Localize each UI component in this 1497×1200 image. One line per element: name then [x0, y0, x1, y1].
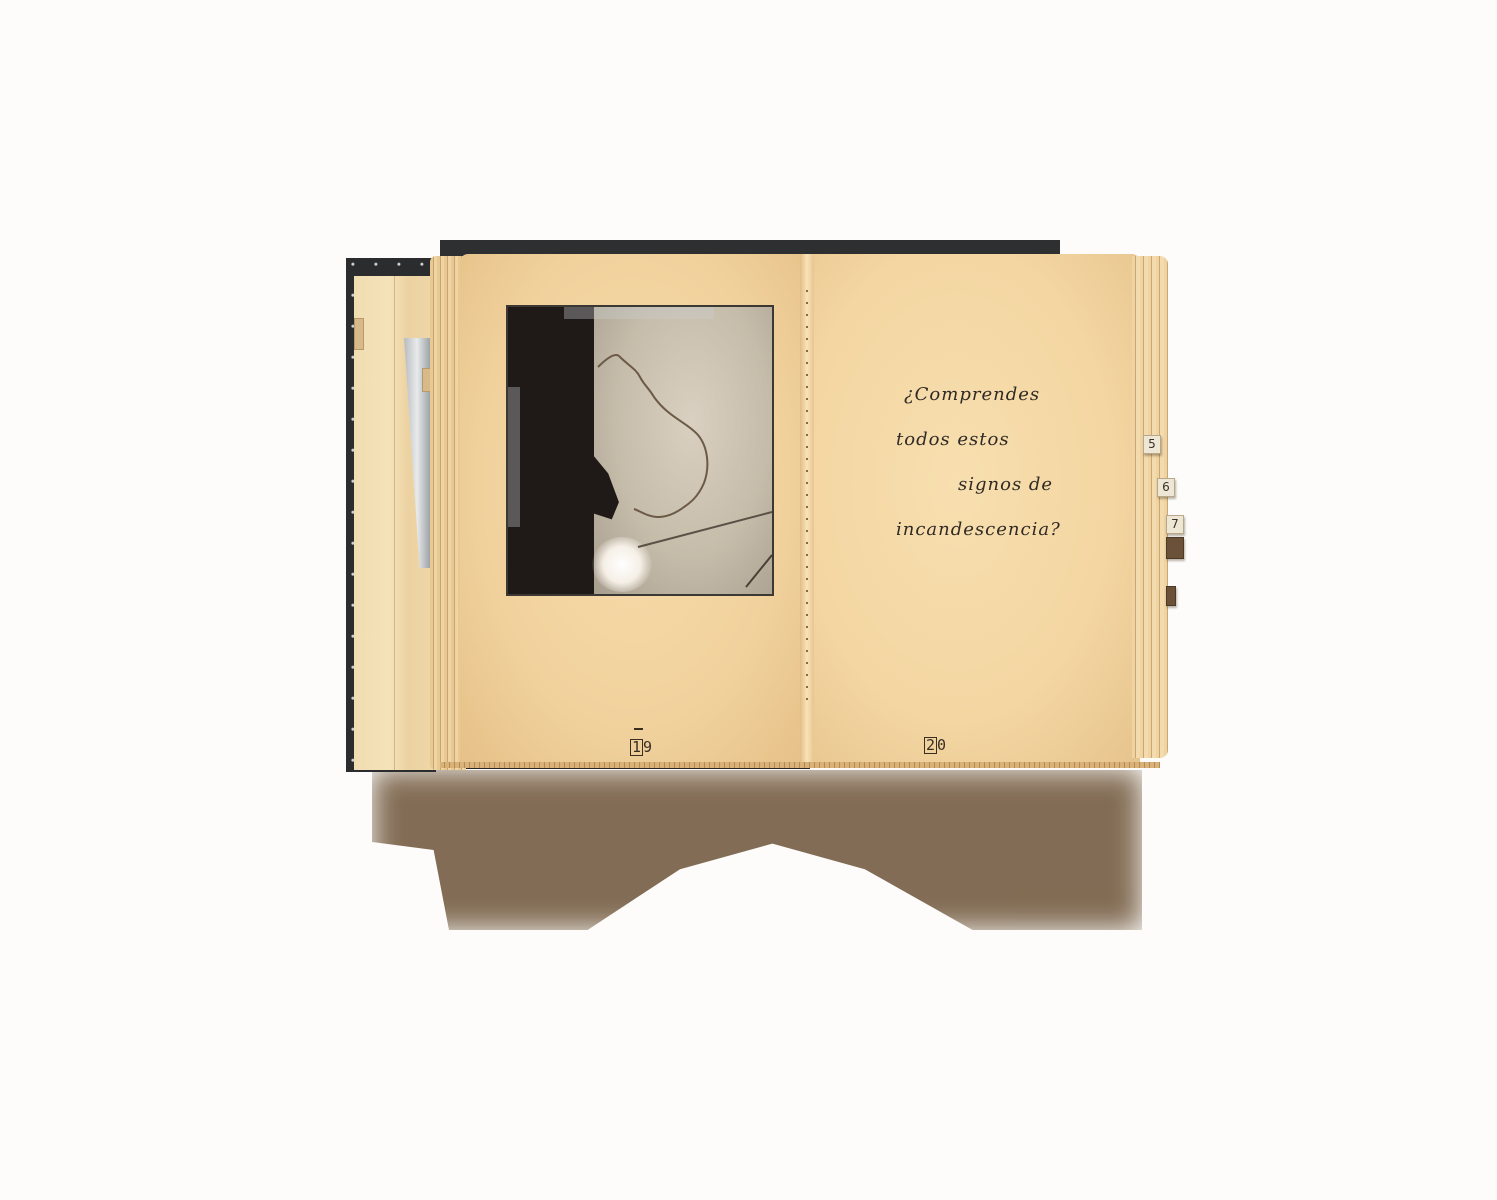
- page-number-boxed-digit: 2: [924, 737, 937, 754]
- page-number-boxed-digit: 1: [630, 739, 643, 756]
- page-bottom-edges: [440, 762, 1160, 768]
- index-tab-6: 6: [1157, 478, 1175, 497]
- left-tab: [354, 318, 364, 350]
- page-fold-line: [394, 276, 395, 770]
- handwriting-line: ¿Comprendes: [896, 372, 1086, 417]
- index-tab-7: 7: [1166, 515, 1184, 534]
- index-tab-dark: [1166, 537, 1184, 559]
- book-shadow: [372, 770, 1142, 930]
- stamp-mark: [634, 728, 643, 730]
- handwriting-line: incandescencia?: [896, 507, 1086, 552]
- handwritten-question: ¿Comprendes todos estos signos de incand…: [896, 372, 1086, 552]
- photo-scene: ¿Comprendes todos estos signos de incand…: [0, 0, 1497, 1200]
- index-tab-small: [1166, 586, 1176, 606]
- binding-stitches: [806, 290, 808, 700]
- index-tab-5: 5: [1143, 435, 1161, 454]
- right-page-block: [1132, 256, 1168, 758]
- page-number-digit: 9: [643, 738, 652, 756]
- handwriting-line: signos de: [896, 462, 1086, 507]
- page-number-left: 19: [630, 738, 652, 756]
- page-number-right: 20: [924, 736, 946, 754]
- handwriting-line: todos estos: [896, 417, 1086, 462]
- instant-photo: [506, 305, 774, 596]
- page-number-digit: 0: [937, 736, 946, 754]
- drawn-outline: [508, 307, 772, 594]
